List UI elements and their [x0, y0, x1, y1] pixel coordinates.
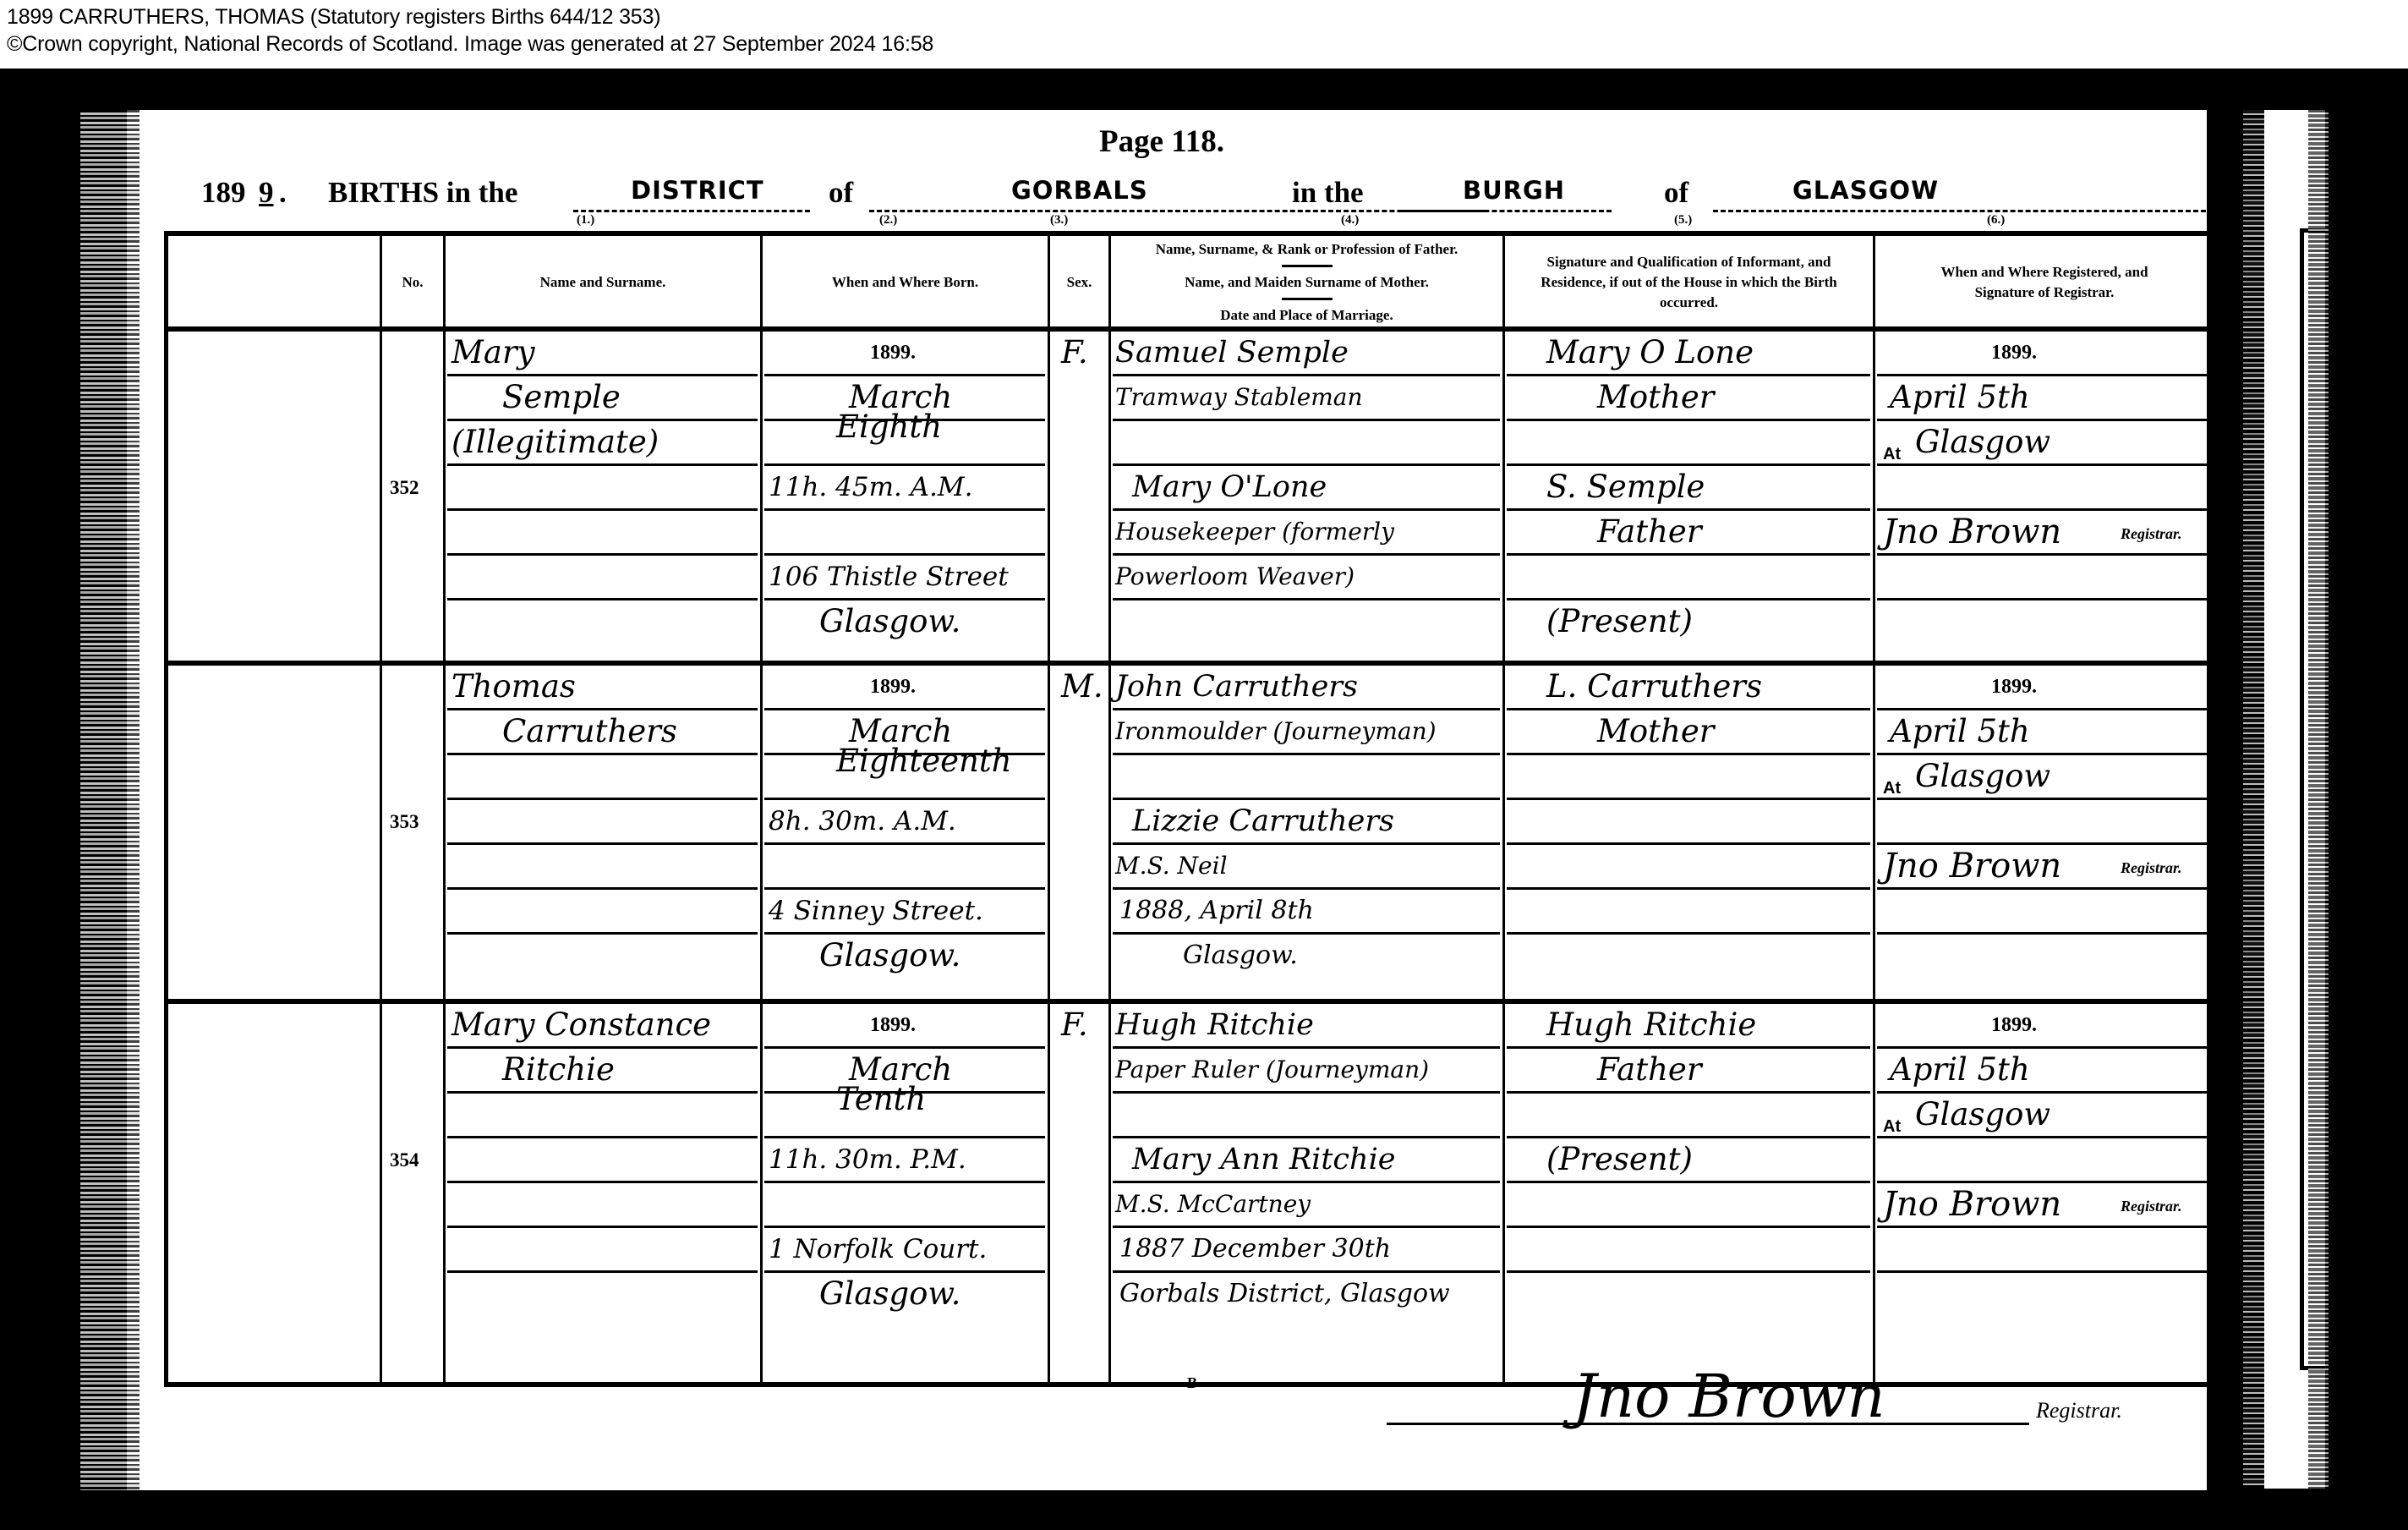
- birth-day: Tenth: [836, 1083, 926, 1116]
- ruled-line: [1877, 1226, 2211, 1228]
- ruled-line: [1877, 508, 2211, 511]
- birth-address: 1 Norfolk Court.: [769, 1232, 987, 1266]
- ruled-line: [447, 1226, 758, 1228]
- ruled-line: [447, 708, 758, 710]
- marriage-line: Gorbals District, Glasgow: [1119, 1277, 1450, 1311]
- mother-line: Lizzie Carruthers: [1132, 804, 1394, 838]
- column-header-registered: When and Where Registered, and Signature…: [1875, 236, 2214, 329]
- mother-line: Mary Ann Ritchie: [1132, 1143, 1395, 1176]
- ruled-line: [1507, 508, 1870, 511]
- birth-time: 11h. 30m. P.M.: [769, 1143, 966, 1176]
- registration-year: 1899.: [1991, 1008, 2037, 1042]
- ruled-line: [1113, 1181, 1500, 1183]
- column-header-born: When and Where Born.: [763, 236, 1048, 329]
- registration-year: 1899.: [1991, 336, 2037, 370]
- page-edge: [80, 110, 140, 1490]
- ruled-line: [1113, 508, 1500, 511]
- ruled-line: [447, 842, 758, 845]
- ruled-line: [1877, 798, 2211, 800]
- birth-time: 8h. 30m. A.M.: [769, 804, 956, 838]
- ruled-line: [1507, 1226, 1870, 1228]
- ruled-line: [1113, 1091, 1500, 1094]
- column-number-5: (5.): [1674, 213, 1692, 228]
- child-name-line: Carruthers: [502, 715, 677, 749]
- ruled-line: [1507, 1136, 1870, 1138]
- ruled-line: [1507, 1046, 1870, 1049]
- page-mark: B: [1187, 1374, 1197, 1392]
- ruled-line: [1113, 1046, 1500, 1049]
- ruled-line: [447, 1181, 758, 1183]
- birth-year: 1899.: [870, 670, 916, 704]
- informant-line: (Present): [1546, 1143, 1693, 1176]
- father-line: John Carruthers: [1115, 670, 1358, 704]
- ruled-line: [764, 932, 1045, 935]
- column-header-informant: Signature and Qualification of Informant…: [1505, 236, 1873, 329]
- column-header-marriage: Date and Place of Marriage.: [1220, 305, 1393, 326]
- registration-date: April 5th: [1890, 381, 2030, 414]
- father-line: Ironmoulder (Journeyman): [1115, 715, 1437, 749]
- ruled-line: [1877, 463, 2211, 466]
- entry-number: 353: [390, 811, 419, 833]
- ruled-line: [447, 932, 758, 935]
- informant-line: Mary O Lone: [1546, 336, 1754, 370]
- informant-line: Father: [1597, 515, 1702, 549]
- column-header-mother: Name, and Maiden Surname of Mother.: [1185, 272, 1429, 293]
- page-number: Page 118.: [1099, 123, 1224, 160]
- entry-separator: [168, 326, 2218, 332]
- registrar-signature: Jno Brown: [1883, 849, 2061, 883]
- registrar-label: Registrar.: [2036, 1398, 2122, 1423]
- marriage-line: 1887 December 30th: [1119, 1232, 1391, 1266]
- ruled-line: [447, 374, 758, 376]
- ruled-line: [1113, 1226, 1500, 1228]
- ruled-line: [447, 463, 758, 466]
- marriage-line: 1888, April 8th: [1119, 894, 1314, 928]
- ruled-line: [447, 753, 758, 755]
- child-name-line: (Illegitimate): [451, 425, 659, 459]
- birth-year: 1899.: [870, 1008, 916, 1042]
- binding-spine: [2243, 110, 2265, 1489]
- ruled-line: [447, 1046, 758, 1049]
- registration-date: April 5th: [1890, 715, 2030, 749]
- father-line: Paper Ruler (Journeyman): [1115, 1053, 1429, 1087]
- birth-place: Glasgow.: [819, 1277, 960, 1311]
- birth-day: Eighth: [836, 410, 942, 444]
- entry-separator: [168, 999, 2218, 1004]
- ruled-line: [1507, 1270, 1870, 1273]
- district-label: DISTRICT: [631, 176, 764, 205]
- ruled-line: [1113, 553, 1500, 556]
- ruled-line: [1877, 553, 2211, 556]
- ruled-line: [1507, 419, 1870, 421]
- record-title: 1899 CARRUTHERS, THOMAS (Statutory regis…: [7, 5, 2374, 30]
- informant-line: Mother: [1597, 715, 1714, 749]
- registrar-signature: Jno Brown: [1883, 515, 2061, 549]
- father-line: Hugh Ritchie: [1115, 1008, 1314, 1042]
- ruled-line: [764, 1136, 1045, 1138]
- birth-day: Eighteenth: [836, 744, 1012, 778]
- marriage-line: Glasgow.: [1183, 939, 1298, 973]
- ruled-line: [1877, 932, 2211, 935]
- of-label-2: of: [1664, 176, 1688, 210]
- registrar-label: Registrar.: [2121, 525, 2182, 543]
- ruled-line: [1507, 553, 1870, 556]
- mother-line: Housekeeper (formerly: [1115, 515, 1394, 549]
- mother-line: M.S. McCartney: [1115, 1187, 1311, 1221]
- ruled-line: [1877, 598, 2211, 600]
- father-line: Samuel Semple: [1115, 336, 1349, 370]
- ruled-line: [764, 1226, 1045, 1228]
- ruled-line: [1113, 708, 1500, 710]
- child-name-line: Mary: [451, 336, 535, 370]
- ruled-line: [447, 508, 758, 511]
- informant-line: S. Semple: [1546, 470, 1705, 504]
- burgh-name: GLASGOW: [1792, 176, 1939, 205]
- ruled-line: [1507, 753, 1870, 755]
- ruled-line: [1113, 932, 1500, 935]
- ruled-line: [1507, 598, 1870, 600]
- ruled-line: [764, 842, 1045, 845]
- ruled-line: [1877, 1270, 2211, 1273]
- birth-time: 11h. 45m. A.M.: [769, 470, 973, 504]
- ruled-line: [764, 887, 1045, 890]
- column-number-4: (4.): [1341, 213, 1359, 228]
- ruled-line: [1507, 708, 1870, 710]
- child-name-line: Semple: [502, 381, 621, 414]
- registration-at-label: At: [1883, 437, 1901, 471]
- ruled-line: [1877, 374, 2211, 376]
- sex: F.: [1061, 1008, 1088, 1042]
- district-name: GORBALS: [1011, 176, 1148, 205]
- year-prefix: 189: [201, 176, 246, 210]
- ruled-line: [1507, 932, 1870, 935]
- registrar-label: Registrar.: [2121, 1198, 2182, 1215]
- ruled-line: [1877, 1136, 2211, 1138]
- child-name-line: Thomas: [451, 670, 576, 704]
- ruled-line: [1877, 708, 2211, 710]
- ruled-line: [1507, 463, 1870, 466]
- mother-line: M.S. Neil: [1115, 849, 1228, 883]
- sex: M.: [1061, 670, 1103, 704]
- registrar-signature: Jno Brown: [1573, 1362, 1885, 1431]
- ruled-line: [764, 374, 1045, 376]
- informant-line: Hugh Ritchie: [1546, 1008, 1756, 1042]
- ruled-line: [764, 1046, 1045, 1049]
- births-register-table: No. Name and Surname. When and Where Bor…: [164, 231, 2222, 1387]
- ruled-line: [1507, 1181, 1870, 1183]
- informant-line: L. Carruthers: [1546, 670, 1762, 704]
- ruled-line: [1877, 842, 2211, 845]
- ruled-line: [1113, 798, 1500, 800]
- registration-at-label: At: [1883, 1110, 1901, 1143]
- informant-line: (Present): [1546, 605, 1693, 639]
- mother-line: Powerloom Weaver): [1115, 560, 1354, 594]
- ruled-line: [1507, 798, 1870, 800]
- ruled-line: [764, 463, 1045, 466]
- registration-place: Glasgow: [1915, 425, 2050, 459]
- column-number-3: (3.): [1050, 213, 1068, 228]
- ruled-line: [1113, 753, 1500, 755]
- column-header-sex: Sex.: [1050, 236, 1108, 329]
- of-label-1: of: [829, 176, 853, 210]
- ruled-line: [1877, 419, 2211, 421]
- registration-place: Glasgow: [1915, 1098, 2050, 1132]
- ruled-line: [447, 798, 758, 800]
- in-the-label: in the: [1292, 176, 1364, 210]
- ruled-line: [1877, 887, 2211, 890]
- ruled-line: [447, 887, 758, 890]
- column-header-no: No.: [382, 236, 443, 329]
- ruled-line: [447, 1136, 758, 1138]
- ruled-line: [1113, 598, 1500, 600]
- column-number-6: (6.): [1987, 213, 2005, 228]
- register-heading: 189 9 . BIRTHS in the DISTRICT of GORBAL…: [201, 176, 2214, 227]
- ruled-line: [1507, 842, 1870, 845]
- sex: F.: [1061, 336, 1088, 370]
- registration-date: April 5th: [1890, 1053, 2030, 1087]
- entry-number: 354: [390, 1149, 419, 1171]
- ruled-line: [447, 553, 758, 556]
- copyright-notice: ©Crown copyright, National Records of Sc…: [7, 32, 2374, 57]
- ruled-line: [764, 553, 1045, 556]
- ruled-line: [447, 598, 758, 600]
- entry-separator: [168, 661, 2218, 666]
- ruled-line: [1113, 1270, 1500, 1273]
- mother-line: Mary O'Lone: [1132, 470, 1327, 504]
- ruled-line: [1877, 1091, 2211, 1094]
- registration-place: Glasgow: [1915, 760, 2050, 793]
- year-digit: 9: [259, 176, 274, 210]
- ruled-line: [1507, 887, 1870, 890]
- child-name-line: Ritchie: [502, 1053, 615, 1087]
- ruled-line: [764, 708, 1045, 710]
- column-number-2: (2.): [879, 213, 897, 228]
- ruled-line: [1113, 1136, 1500, 1138]
- ruled-line: [764, 598, 1045, 600]
- ruled-line: [1113, 887, 1500, 890]
- ruled-line: [764, 508, 1045, 511]
- ruled-line: [1507, 1091, 1870, 1094]
- birth-address: 106 Thistle Street: [769, 560, 1009, 594]
- next-page-edge: [2308, 110, 2329, 1489]
- ruled-line: [447, 1270, 758, 1273]
- ruled-line: [764, 1270, 1045, 1273]
- column-header-parents: Name, Surname, & Rank or Profession of F…: [1111, 236, 1502, 329]
- ruled-line: [764, 798, 1045, 800]
- ruled-line: [447, 419, 758, 421]
- birth-address: 4 Sinney Street.: [769, 894, 983, 928]
- registrar-label: Registrar.: [2121, 859, 2182, 877]
- column-number-1: (1.): [577, 213, 594, 228]
- birth-year: 1899.: [870, 336, 916, 370]
- ruled-line: [1113, 374, 1500, 376]
- ruled-line: [764, 1181, 1045, 1183]
- ruled-line: [1113, 842, 1500, 845]
- ruled-line: [1113, 463, 1500, 466]
- entry-number: 352: [390, 477, 419, 499]
- father-line: Tramway Stableman: [1115, 381, 1363, 414]
- child-name-line: Mary Constance: [451, 1008, 711, 1042]
- registration-at-label: At: [1883, 771, 1901, 805]
- ruled-line: [1877, 1181, 2211, 1183]
- ruled-line: [1877, 1046, 2211, 1049]
- birth-place: Glasgow.: [819, 939, 960, 973]
- birth-place: Glasgow.: [819, 605, 960, 639]
- informant-line: Father: [1597, 1053, 1702, 1087]
- ruled-line: [1877, 753, 2211, 755]
- ruled-line: [1507, 374, 1870, 376]
- ruled-line: [447, 1091, 758, 1094]
- births-in-the-label: BIRTHS in the: [328, 176, 517, 210]
- column-header-father: Name, Surname, & Rank or Profession of F…: [1156, 239, 1458, 260]
- column-header-name: Name and Surname.: [446, 236, 760, 329]
- informant-line: Mother: [1597, 381, 1714, 414]
- registrar-signature: Jno Brown: [1883, 1187, 2061, 1221]
- burgh-label: BURGH: [1463, 176, 1565, 205]
- registration-year: 1899.: [1991, 670, 2037, 704]
- ruled-line: [1113, 419, 1500, 421]
